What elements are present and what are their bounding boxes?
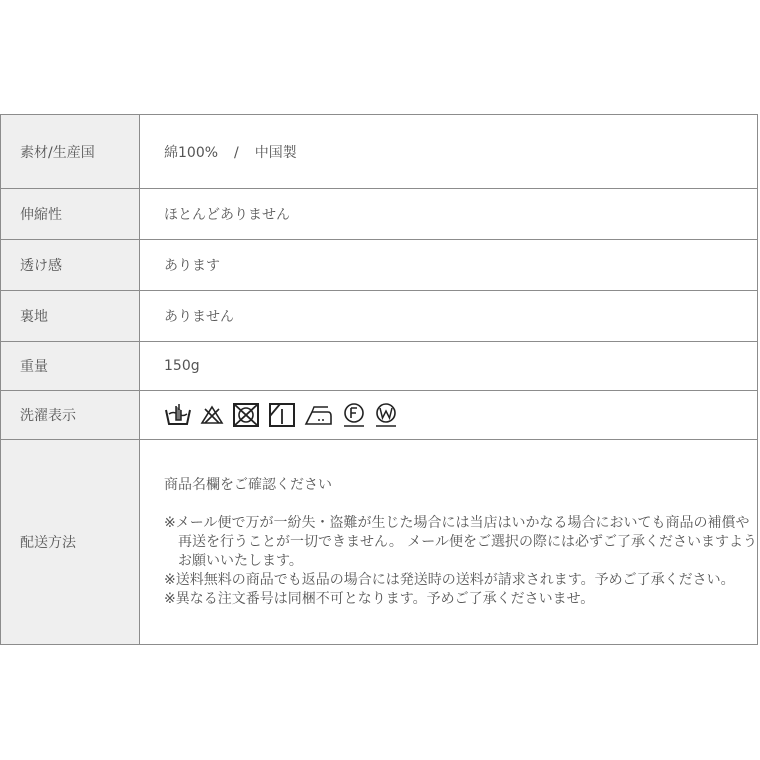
spec-label: 素材/生産国 — [1, 115, 140, 189]
spec-label: 洗濯表示 — [1, 391, 140, 440]
no-bleach-icon — [200, 404, 224, 426]
spec-row-stretch: 伸縮性 ほとんどありません — [1, 189, 758, 240]
hand-wash-icon — [164, 402, 192, 428]
spec-row-lining: 裏地 ありません — [1, 291, 758, 342]
dry-clean-f-icon — [342, 402, 366, 428]
wet-clean-w-icon — [374, 402, 398, 428]
shipping-note: ※異なる注文番号は同梱不可となります。予めご了承くださいませ。 — [164, 590, 757, 609]
spec-row-shipping: 配送方法 商品名欄をご確認ください ※メール便で万が一紛失・盗難が生じた場合には… — [1, 440, 758, 645]
spec-value: ほとんどありません — [140, 189, 758, 240]
shipping-note: ※送料無料の商品でも返品の場合には発送時の送料が請求されます。予めご了承ください… — [164, 571, 757, 590]
material-value: 綿100% — [164, 145, 218, 161]
spec-label: 伸縮性 — [1, 189, 140, 240]
product-spec-table: 素材/生産国 綿100%/中国製 伸縮性 ほとんどありません 透け感 あります … — [0, 114, 758, 645]
spec-label: 配送方法 — [1, 440, 140, 645]
spec-row-care: 洗濯表示 — [1, 391, 758, 440]
care-symbols — [140, 391, 758, 440]
spec-label: 透け感 — [1, 240, 140, 291]
spec-row-sheerness: 透け感 あります — [1, 240, 758, 291]
iron-low-temp-icon — [304, 404, 334, 426]
spec-row-material: 素材/生産国 綿100%/中国製 — [1, 115, 758, 189]
drip-dry-in-shade-icon — [268, 402, 296, 428]
spec-value: 綿100%/中国製 — [140, 115, 758, 189]
spec-label: 重量 — [1, 342, 140, 391]
no-tumble-dry-icon — [232, 402, 260, 428]
separator: / — [234, 145, 239, 161]
shipping-intro: 商品名欄をご確認ください — [164, 476, 757, 495]
spec-value: あります — [140, 240, 758, 291]
shipping-info: 商品名欄をご確認ください ※メール便で万が一紛失・盗難が生じた場合には当店はいか… — [140, 440, 758, 645]
spec-value: 150g — [140, 342, 758, 391]
spec-value: ありません — [140, 291, 758, 342]
spec-row-weight: 重量 150g — [1, 342, 758, 391]
shipping-note: ※メール便で万が一紛失・盗難が生じた場合には当店はいかなる場合においても商品の補… — [164, 514, 757, 571]
origin-value: 中国製 — [255, 145, 297, 161]
spec-label: 裏地 — [1, 291, 140, 342]
